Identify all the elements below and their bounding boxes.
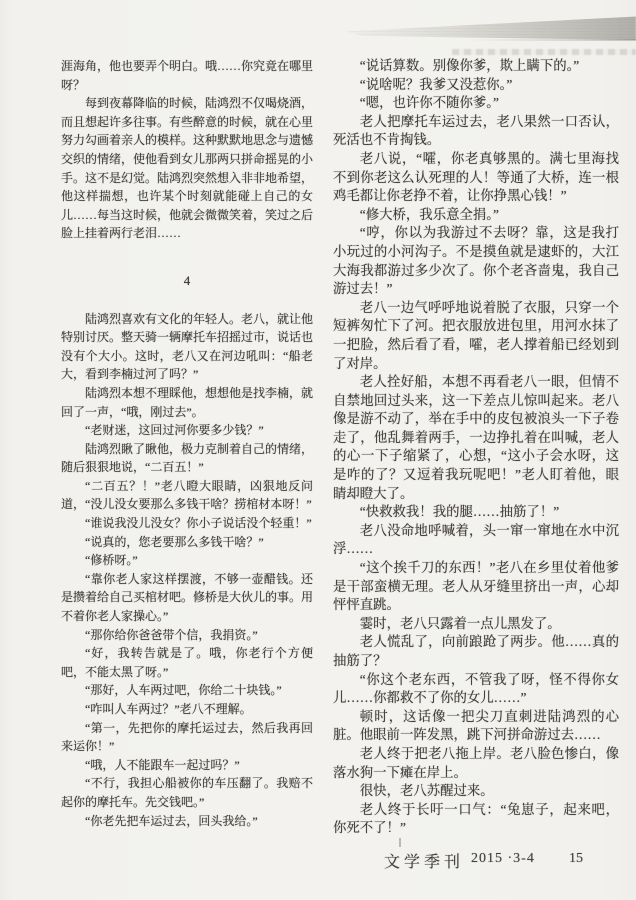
right-text-column: “说话算数。别像你爹，欺上瞒下的。”“说啥呢？我爹又没惹你。”“嗯，也许你不随你… [333,57,619,838]
paragraph: 老八一边气呼呼地说着脱了衣服，只穿一个短裤匆忙下了河。把衣服放进包里，用河水抹了… [333,299,619,373]
paragraph: 陆鸿烈本想不理睬他，想想他是找李楠，就回了一声，“哦，刚过去”。 [61,384,313,421]
section-number: 4 [61,272,313,291]
paragraph: 陆鸿烈喜欢有文化的年轻人。老八，就让他特别讨厌。整天骑一辆摩托车招摇过市，说话也… [61,310,313,384]
paragraph: 霎时，老八只露着一点儿黑发了。 [333,615,619,634]
paragraph: “谁说我没儿没女？你小子说话没个轻重！” [61,514,313,533]
paragraph: 陆鸿烈瞅了瞅他，极力克制着自己的情绪，随后狠狠地说，“二百五！” [61,440,313,477]
paragraph: “你老先把车运过去，回头我给。” [61,812,313,831]
scan-artifact-streak [345,16,636,41]
paragraph: “咋叫人车两过？”老八不理解。 [61,700,313,719]
journal-title: 文学季刊 [384,849,464,872]
paragraph: “二百五？！”老八瞪大眼睛，凶狠地反问道，“没儿没女要那么多钱干啥？捞棺材本呀！… [61,477,313,514]
paragraph: 老人拴好船，本想不再看老八一眼，但情不自禁地回过头来，这一下差点儿惊叫起来。老八… [333,373,619,503]
paragraph: “哼，你以为我游过不去呀？靠，这是我打小玩过的小河沟子。不是摸鱼就是逮虾的，大江… [333,224,619,298]
paragraph: “哦，人不能跟车一起过吗？” [61,756,313,775]
paragraph: 老人把摩托车运过去，老八果然一口否认，死活也不肯掏钱。 [333,113,619,150]
paragraph: “那好，人车两过吧，你给二十块钱。” [61,681,313,700]
paragraph: “修大桥，我乐意全捐。” [333,206,619,225]
scanned-page: 涯海角，他也要弄个明白。哦……你究竟在哪里呀？每到夜幕降临的时候，陆鸿烈不仅喝烧… [0,0,636,900]
paragraph: 很快，老八苏醒过来。 [333,782,619,801]
page-number: 15 [569,851,583,867]
paragraph: “好，我转告就是了。哦，你老行个方便吧，不能太黑了呀。” [61,644,313,681]
left-text-column: 涯海角，他也要弄个明白。哦……你究竟在哪里呀？每到夜幕降临的时候，陆鸿烈不仅喝烧… [61,57,313,830]
paragraph: 涯海角，他也要弄个明白。哦……你究竟在哪里呀？ [61,57,313,94]
paragraph: “修桥呀。” [61,551,313,570]
issue-label: 2015 ·3-4 [471,851,535,867]
paragraph: 顿时，这话像一把尖刀直刺进陆鸿烈的心脏。他眼前一阵发黑，跳下河拼命游过去…… [333,708,619,745]
paragraph: “第一，先把你的摩托运过去，然后我再回来运你！” [61,719,313,756]
paragraph: “说啥呢？我爹又没惹你。” [333,76,619,95]
paragraph: “说话算数。别像你爹，欺上瞒下的。” [333,57,619,76]
paragraph: “说真的，您老要那么多钱干啥？” [61,533,313,552]
page-footer: 文学季刊 2015 ·3-4 15 [0,849,636,873]
paragraph: 老八没命地呼喊着，头一窜一窜地在水中沉浮…… [333,522,619,559]
paragraph: 老人终于长吁一口气：“兔崽子，起来吧，你死不了！” [333,801,619,838]
paragraph: “这个挨千刀的东西！”老八在乡里仗着他爹是干部蛮横无理。老人从牙缝里挤出一声，心… [333,559,619,615]
paragraph: “老财迷，这回过河你要多少钱？” [61,421,313,440]
paragraph: 每到夜幕降临的时候，陆鸿烈不仅喝烧酒，而且想起许多往事。有些醉意的时候，就在心里… [61,94,313,243]
paragraph: 老人慌乱了，向前踉跄了两步。他……真的抽筋了？ [333,633,619,670]
paragraph: “那你给你爸爸带个信，我捐资。” [61,626,313,645]
paragraph: “不行，我担心船被你的车压翻了。我赔不起你的摩托车。先交钱吧。” [61,774,313,811]
paragraph: 老八说，“嚯，你老真够黑的。满七里海找不到你老这么认死理的人！等通了大桥，连一根… [333,150,619,206]
paragraph: “你这个老东西，不管我了呀，怪不得你女儿……你都救不了你的女儿……” [333,671,619,708]
paragraph: “嗯，也许你不随你爹。” [333,94,619,113]
scan-artifact-tick [399,838,401,847]
paragraph: 老人终于把老八拖上岸。老八脸色惨白，像落水狗一下瘫在岸上。 [333,745,619,782]
paragraph: “快救救我！我的腿……抽筋了！” [333,503,619,522]
scan-artifact-line [468,39,636,41]
scan-artifact-dots [452,49,636,55]
paragraph: “靠你老人家这样摆渡，不够一壶醋钱。还是攒着给自己买棺材吧。修桥是大伙儿的事。用… [61,570,313,626]
